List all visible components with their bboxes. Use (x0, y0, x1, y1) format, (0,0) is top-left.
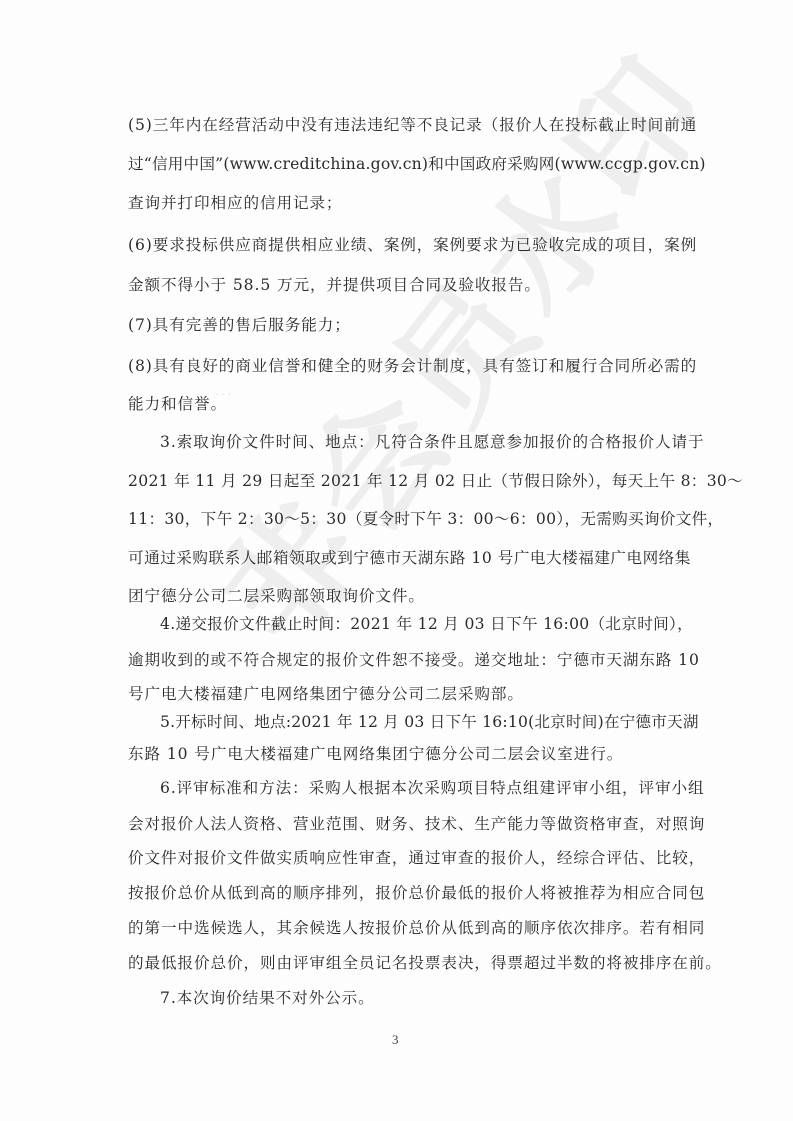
text-line: 过“信用中国”(www.creditchina.gov.cn)和中国政府采购网(… (128, 153, 680, 175)
text-line: 逾期收到的或不符合规定的报价文件恕不接受。递交地址：宁德市天湖东路 10 (128, 649, 680, 671)
text-line: 团宁德分公司二层采购部领取询价文件。 (128, 585, 680, 607)
text-line: 可通过采购联系人邮箱领取或到宁德市天湖东路 10 号广电大楼福建广电网络集 (128, 547, 680, 569)
text-line: 查询并打印相应的信用记录； (128, 192, 680, 214)
text-line: (5)三年内在经营活动中没有违法违纪等不良记录（报价人在投标截止时间前通 (128, 114, 680, 136)
text-line: 5.开标时间、地点:2021 年 12 月 03 日下午 16:10(北京时间)… (160, 711, 680, 733)
text-line: 价文件对报价文件做实质响应性审查，通过审查的报价人，经综合评估、比较， (128, 847, 680, 869)
text-line: 11：30，下午 2：30～5：30（夏令时下午 3：00～6：00），无需购买… (128, 508, 680, 530)
text-line: 号广电大楼福建广电网络集团宁德分公司二层采购部。 (128, 683, 680, 705)
page-number: 3 (392, 1032, 399, 1048)
text-line: 2021 年 11 月 29 日起至 2021 年 12 月 02 日止（节假日… (128, 470, 680, 492)
text-line: 的第一中选候选人，其余候选人按报价总价从低到高的顺序依次排序。若有相同 (128, 917, 680, 939)
text-line: 的最低报价总价，则由评审组全员记名投票表决，得票超过半数的将被排序在前。 (128, 952, 680, 974)
text-line: 能力和信誉。 (128, 393, 680, 415)
text-line: 会对报价人法人资格、营业范围、财务、技术、生产能力等做资格审查，对照询 (128, 813, 680, 835)
watermark: 非会员水印 (170, 8, 748, 675)
text-line: (7)具有完善的售后服务能力； (128, 314, 680, 336)
text-line: (8)具有良好的商业信誉和健全的财务会计制度，具有签订和履行合同所必需的 (128, 355, 680, 377)
text-line: 金额不得小于 58.5 万元，并提供项目合同及验收报告。 (128, 274, 680, 296)
text-line: 7.本次询价结果不对外公示。 (160, 987, 680, 1009)
text-line: 东路 10 号广电大楼福建广电网络集团宁德分公司二层会议室进行。 (128, 743, 680, 765)
text-line: (6)要求投标供应商提供相应业绩、案例，案例要求为已验收完成的项目，案例 (128, 234, 680, 256)
text-line: 4.递交报价文件截止时间：2021 年 12 月 03 日下午 16:00（北京… (160, 613, 680, 635)
text-line: 3.索取询价文件时间、地点：凡符合条件且愿意参加报价的合格报价人请于 (160, 431, 680, 453)
text-line: 6.评审标准和方法：采购人根据本次采购项目特点组建评审小组，评审小组 (160, 777, 680, 799)
text-line: 按报价总价从低到高的顺序排列，报价总价最低的报价人将被推荐为相应合同包 (128, 882, 680, 904)
document-page: 非会员水印 · · · (5)三年内在经营活动中没有违法违纪等不良记录（报价人在… (0, 0, 793, 1121)
